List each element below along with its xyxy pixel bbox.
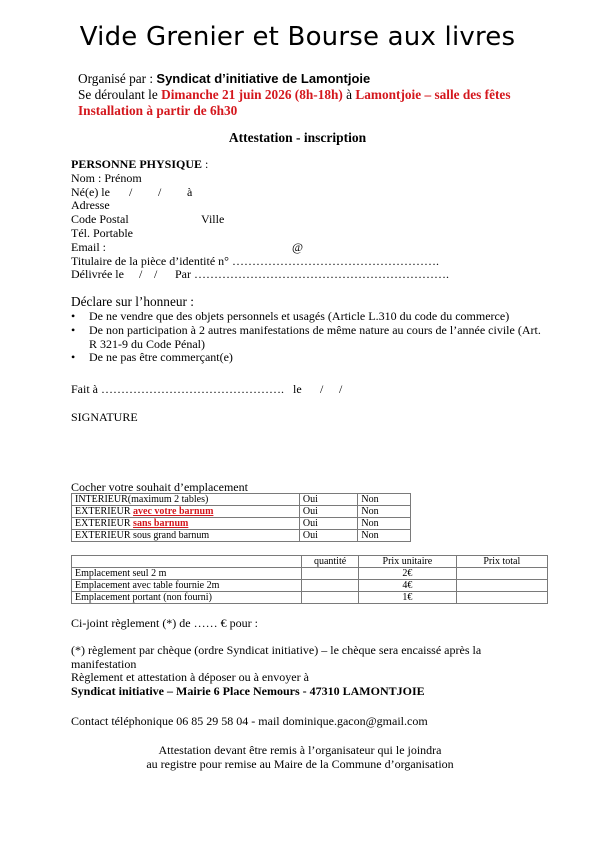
lieu-naissance-label: à [187,186,192,200]
prix-unitaire-cell: 2€ [359,568,456,580]
fait-le-label: le [293,383,302,397]
section-heading: PERSONNE PHYSIQUE [71,157,202,171]
heading-colon: : [202,157,208,171]
at-sign: @ [292,241,303,255]
checkbox-non[interactable]: Non [358,530,411,542]
field-piece-identite[interactable]: Titulaire de la pièce d’identité n° …………… [71,255,208,269]
emplacement-row: EXTERIEUR sous grand barnumOuiNon [72,530,411,542]
field-telephone[interactable]: Tél. Portable [71,227,208,241]
ne-le-label: Né(e) le [71,186,110,200]
emplacement-label: EXTERIEUR sans barnum [72,518,300,530]
emplacement-type: EXTERIEUR sous grand barnum [75,530,209,541]
field-naissance[interactable]: Né(e) le / / à [71,186,208,200]
event-info: Organisé par : Syndicat d’initiative de … [78,71,511,119]
organizer-name: Syndicat d’initiative de Lamontjoie [156,71,370,86]
checkbox-oui[interactable]: Oui [299,530,358,542]
declaration-item: De ne vendre que des objets personnels e… [71,310,549,324]
declaration-heading: Déclare sur l’honneur : [71,294,549,310]
date-slash: / [139,268,142,282]
quantite-cell[interactable] [301,568,358,580]
checkbox-oui[interactable]: Oui [299,506,358,518]
checkbox-non[interactable]: Non [358,494,411,506]
prix-total-cell[interactable] [456,592,547,604]
checkbox-oui[interactable]: Oui [299,518,358,530]
par-label: Par ………………………………………………………. [175,268,449,282]
reglement-line: Ci-joint règlement (*) de …… € pour : [71,616,258,630]
checkbox-non[interactable]: Non [358,506,411,518]
delivree-label: Délivrée le [71,268,124,282]
declaration-item: De ne pas être commerçant(e) [71,351,549,365]
reglement-note-section: (*) règlement par chèque (ordre Syndicat… [71,644,541,698]
emplacement-label: EXTERIEUR avec votre barnum [72,506,300,518]
emplacement-table: INTERIEUR(maximum 2 tables)OuiNonEXTERIE… [71,493,411,542]
code-postal-label: Code Postal [71,213,129,227]
field-email[interactable]: Email : @ [71,241,208,255]
location-label: à [343,87,356,102]
date-slash: / [154,268,157,282]
prix-unitaire-cell: 4€ [359,580,456,592]
mailing-address: Syndicat initiative – Mairie 6 Place Nem… [71,684,425,698]
emplacement-highlight: avec votre barnum [133,506,213,517]
prix-total-cell[interactable] [456,568,547,580]
column-header: Prix unitaire [359,556,456,568]
contact-info: Contact téléphonique 06 85 29 58 04 - ma… [71,714,428,729]
column-header: Prix total [456,556,547,568]
checkbox-oui[interactable]: Oui [299,494,358,506]
document-title: Vide Grenier et Bourse aux livres [0,20,595,54]
adresse-label: Adresse [71,199,110,213]
ville-label: Ville [201,213,224,227]
footer-line: Attestation devant être remis à l’organi… [0,743,595,757]
prix-total-cell[interactable] [456,580,547,592]
emplacement-row: INTERIEUR(maximum 2 tables)OuiNon [72,494,411,506]
emplacement-row: EXTERIEUR avec votre barnumOuiNon [72,506,411,518]
date-slash: / [129,186,132,200]
date-slash: / [339,383,342,397]
field-nom[interactable]: Nom : Prénom [71,172,208,186]
date-label: Se déroulant le [78,87,161,102]
emplacement-label: INTERIEUR(maximum 2 tables) [72,494,300,506]
column-header: quantité [301,556,358,568]
emplacement-row: EXTERIEUR sans barnumOuiNon [72,518,411,530]
field-adresse[interactable]: Adresse [71,199,208,213]
declaration-list: De ne vendre que des objets personnels e… [71,310,549,365]
organizer-label: Organisé par : [78,71,156,86]
personne-physique-section: PERSONNE PHYSIQUE : Nom : Prénom Né(e) l… [71,158,208,282]
emplacement-type: INTERIEUR(maximum 2 tables) [75,494,208,505]
date-line: Se déroulant le Dimanche 21 juin 2026 (8… [78,87,511,103]
signature-label[interactable]: SIGNATURE [71,411,138,425]
tarif-row: Emplacement seul 2 m2€ [72,568,548,580]
event-location: Lamontjoie – salle des fêtes [355,87,510,102]
tarif-row: Emplacement portant (non fourni)1€ [72,592,548,604]
quantite-cell[interactable] [301,580,358,592]
organizer-line: Organisé par : Syndicat d’initiative de … [78,71,511,87]
tarifs-header-row: quantitéPrix unitairePrix total [72,556,548,568]
payment-note: (*) règlement par chèque (ordre Syndicat… [71,644,541,671]
declaration-item: De non participation à 2 autres manifest… [71,324,549,352]
tarif-label: Emplacement portant (non fourni) [72,592,302,604]
piece-identite-label: Titulaire de la pièce d’identité n° …………… [71,255,439,269]
email-label: Email : [71,241,106,255]
emplacement-highlight: sans barnum [133,518,188,529]
field-delivree[interactable]: Délivrée le / / Par ……………………………………………………… [71,268,208,282]
date-slash: / [158,186,161,200]
tarifs-table: quantitéPrix unitairePrix totalEmplaceme… [71,555,548,604]
declaration-section: Déclare sur l’honneur : De ne vendre que… [71,294,549,365]
checkbox-non[interactable]: Non [358,518,411,530]
date-slash: / [320,383,323,397]
tarif-label: Emplacement avec table fournie 2m [72,580,302,592]
tarif-label: Emplacement seul 2 m [72,568,302,580]
footer-line: au registre pour remise au Maire de la C… [0,757,595,771]
column-header [72,556,302,568]
nom-label: Nom : Prénom [71,172,142,186]
fait-a-label: Fait à ………………………………………. [71,383,284,397]
form-subtitle: Attestation - inscription [0,130,595,146]
emplacement-type: EXTERIEUR [75,518,133,529]
tel-label: Tél. Portable [71,227,133,241]
footer-note: Attestation devant être remis à l’organi… [0,743,595,771]
envoi-instructions: Règlement et attestation à déposer ou à … [71,671,541,685]
installation-time: Installation à partir de 6h30 [78,103,511,119]
prix-unitaire-cell: 1€ [359,592,456,604]
event-date: Dimanche 21 juin 2026 (8h-18h) [161,87,343,102]
tarif-row: Emplacement avec table fournie 2m4€ [72,580,548,592]
field-code-postal-ville[interactable]: Code Postal Ville [71,213,208,227]
emplacement-label: EXTERIEUR sous grand barnum [72,530,300,542]
emplacement-type: EXTERIEUR [75,506,133,517]
quantite-cell[interactable] [301,592,358,604]
